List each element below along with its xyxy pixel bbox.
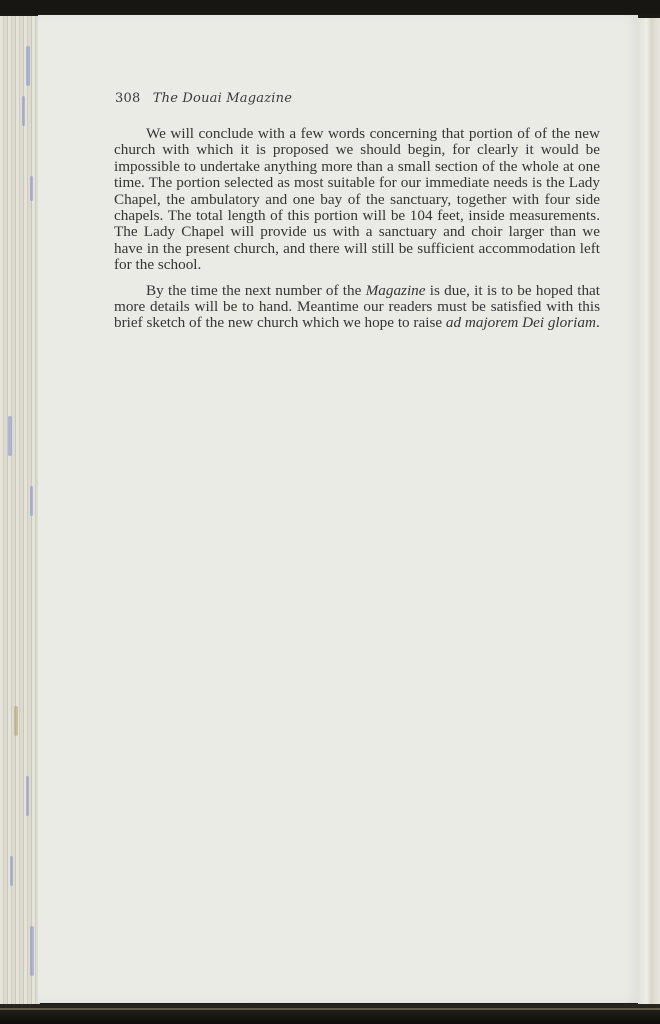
ink-stain — [14, 706, 18, 736]
text-span: . — [596, 314, 600, 331]
ink-stain — [22, 96, 25, 126]
paragraph-1: We will conclude with a few words concer… — [114, 126, 600, 274]
running-title: The Douai Magazine — [153, 91, 292, 106]
text-span: By the time the next number of the — [146, 282, 366, 299]
ink-stain — [26, 776, 29, 816]
ink-stain — [10, 856, 13, 886]
running-header: 308 The Douai Magazine — [115, 91, 292, 106]
ink-stain — [30, 486, 33, 516]
italic-magazine: Magazine — [366, 282, 426, 299]
page-number: 308 — [115, 91, 140, 106]
body-text: We will conclude with a few words concer… — [114, 126, 600, 341]
paragraph-2: By the time the next number of the Magaz… — [114, 283, 600, 332]
ink-stain — [30, 176, 33, 201]
ink-stain — [8, 416, 12, 456]
scan-top-border — [0, 0, 660, 14]
scan-bottom-border — [0, 1004, 660, 1024]
italic-latin-phrase: ad majorem Dei gloriam — [446, 314, 596, 331]
ink-stain — [30, 926, 34, 976]
ink-stain — [26, 46, 30, 86]
page-edge-stack — [0, 16, 40, 1006]
page-right-edge — [638, 18, 660, 1004]
